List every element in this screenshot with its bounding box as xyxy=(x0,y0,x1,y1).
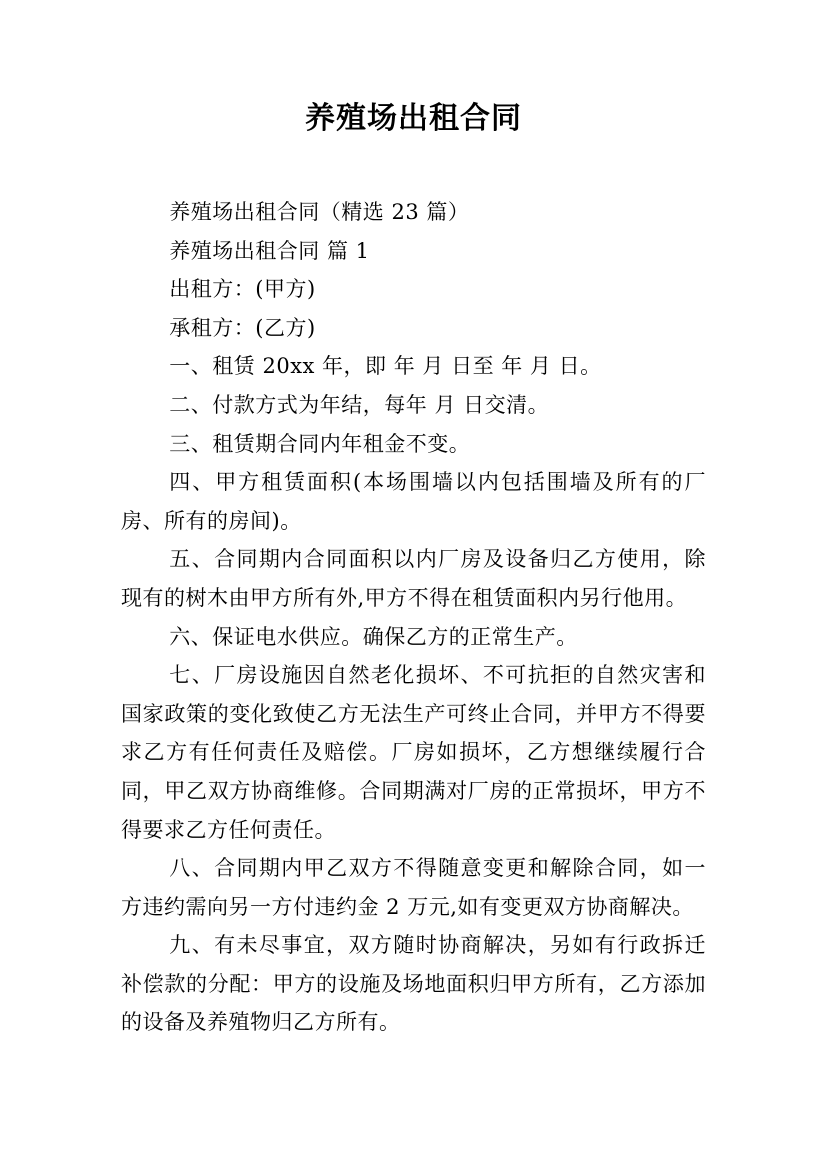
paragraph-subtitle: 养殖场出租合同（精选 23 篇） xyxy=(121,193,706,232)
paragraph-clause-7: 七、厂房设施因自然老化损坏、不可抗拒的自然灾害和国家政策的变化致使乙方无法生产可… xyxy=(121,656,706,849)
paragraph-clause-8: 八、合同期内甲乙双方不得随意变更和解除合同，如一方违约需向另一方付违约金 2 万… xyxy=(121,849,706,926)
paragraph-clause-1: 一、租赁 20xx 年，即 年 月 日至 年 月 日。 xyxy=(121,347,706,386)
paragraph-clause-9: 九、有未尽事宜，双方随时协商解决，另如有行政拆迁补偿款的分配：甲方的设施及场地面… xyxy=(121,926,706,1042)
paragraph-clause-6: 六、保证电水供应。确保乙方的正常生产。 xyxy=(121,618,706,657)
paragraph-clause-3: 三、租赁期合同内年租金不变。 xyxy=(121,425,706,464)
paragraph-clause-5: 五、合同期内合同面积以内厂房及设备归乙方使用，除现有的树木由甲方所有外,甲方不得… xyxy=(121,540,706,617)
paragraph-clause-4: 四、甲方租赁面积(本场围墙以内包括围墙及所有的厂房、所有的房间)。 xyxy=(121,463,706,540)
paragraph-lessee: 承租方：(乙方) xyxy=(121,309,706,348)
paragraph-clause-2: 二、付款方式为年结，每年 月 日交清。 xyxy=(121,386,706,425)
document-body: 养殖场出租合同（精选 23 篇） 养殖场出租合同 篇 1 出租方：(甲方) 承租… xyxy=(121,193,706,1042)
paragraph-lessor: 出租方：(甲方) xyxy=(121,270,706,309)
document-title: 养殖场出租合同 xyxy=(0,0,827,141)
paragraph-part-label: 养殖场出租合同 篇 1 xyxy=(121,232,706,271)
document-page: 养殖场出租合同 养殖场出租合同（精选 23 篇） 养殖场出租合同 篇 1 出租方… xyxy=(0,0,827,1170)
